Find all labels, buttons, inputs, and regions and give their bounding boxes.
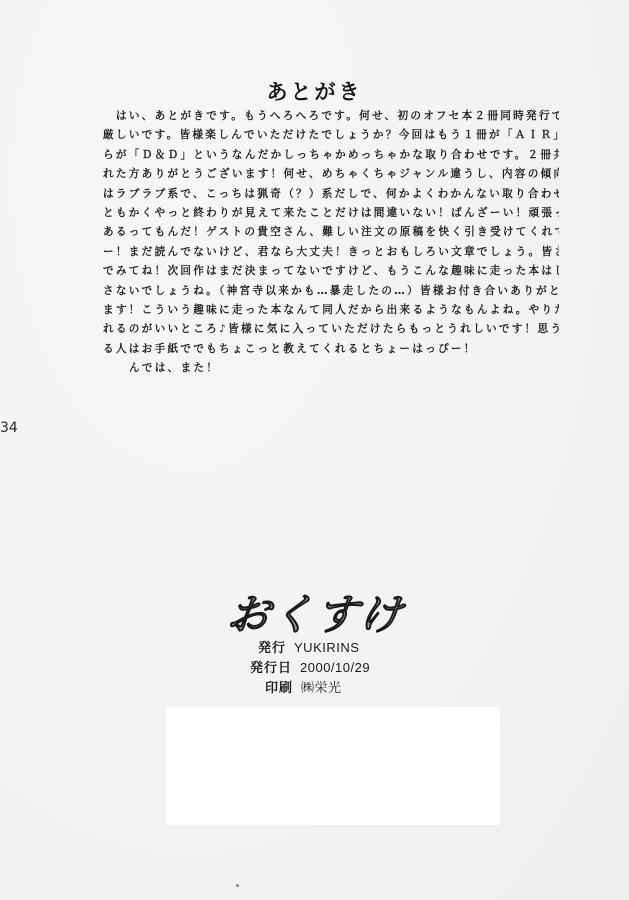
afterword-line: れるのがいいところ♪皆様に気に入っていただけたらもっとうれしいです！思うところあ [103, 320, 559, 339]
colophon-date: 発行日2000/10/29 [250, 658, 370, 678]
afterword-line: ー！まだ読んでないけど、君なら大丈夫！きっとおもしろい文章でしょう。皆さんも読ん [103, 243, 559, 262]
afterword-line: はラブラブ系で、こっちは猟奇（？）系だしで、何かよくわかんない取り合わせですな。 [103, 185, 559, 204]
afterword-line: ます！こういう趣味に走った本なんて同人だから出来るようなもんよね。やりたいことや [103, 301, 559, 320]
publisher-value: YUKIRINS [294, 638, 359, 658]
afterword-closing: んでは、また！ [103, 359, 559, 378]
afterword-line: ともかくやっと終わりが見えて来たことだけは間違いない！ばんざーい！頑張ったかいが [103, 204, 559, 223]
printer-label: 印刷 [265, 679, 293, 699]
afterword-heading: あとがき [0, 76, 629, 106]
blank-box [166, 707, 500, 825]
date-value: 2000/10/29 [300, 658, 370, 678]
colophon-printer: 印刷㈱栄光 [265, 678, 342, 698]
publisher-label: 発行 [258, 639, 286, 659]
afterword-line: さないでしょうね。（神宮寺以来かも…暴走したの…）皆様お付き合いありがとうござい [103, 282, 559, 301]
date-label: 発行日 [250, 659, 292, 679]
book-title-logo: おくすけ [224, 582, 408, 642]
afterword-line: はい、あとがきです。もうへろへろです。何せ、初のオフセ本２冊同時発行です。メチャ [103, 107, 559, 126]
afterword-body: はい、あとがきです。もうへろへろです。何せ、初のオフセ本２冊同時発行です。メチャ… [103, 107, 559, 378]
print-speck [236, 884, 239, 887]
afterword-line: でみてね！次回作はまだ決まってないですけど、もうこんな趣味に走った本はしばらく出 [103, 262, 559, 281]
afterword-line: れた方ありがとうございます！何せ、めちゃくちゃジャンル違うし、内容の傾向も向こう [103, 165, 559, 184]
afterword-line: らが「Ｄ＆Ｄ」というなんだかしっちゃかめっちゃかな取り合わせです。２冊共買ってく [103, 146, 559, 165]
page-number: 34 [0, 420, 18, 436]
afterword-line: あるってもんだ！ゲストの貴空さん、難しい注文の原稿を快く引き受けてくれてサンキュ [103, 223, 559, 242]
printer-value: ㈱栄光 [301, 678, 342, 698]
colophon-publisher: 発行YUKIRINS [258, 638, 359, 658]
afterword-line: る人はお手紙ででもちょこっと教えてくれるとちょーはっぴー！ [103, 340, 559, 359]
afterword-line: 厳しいです。皆様楽しんでいただけたでしょうか？今回はもう１冊が「ＡＩＲ」で、こち [103, 126, 559, 145]
